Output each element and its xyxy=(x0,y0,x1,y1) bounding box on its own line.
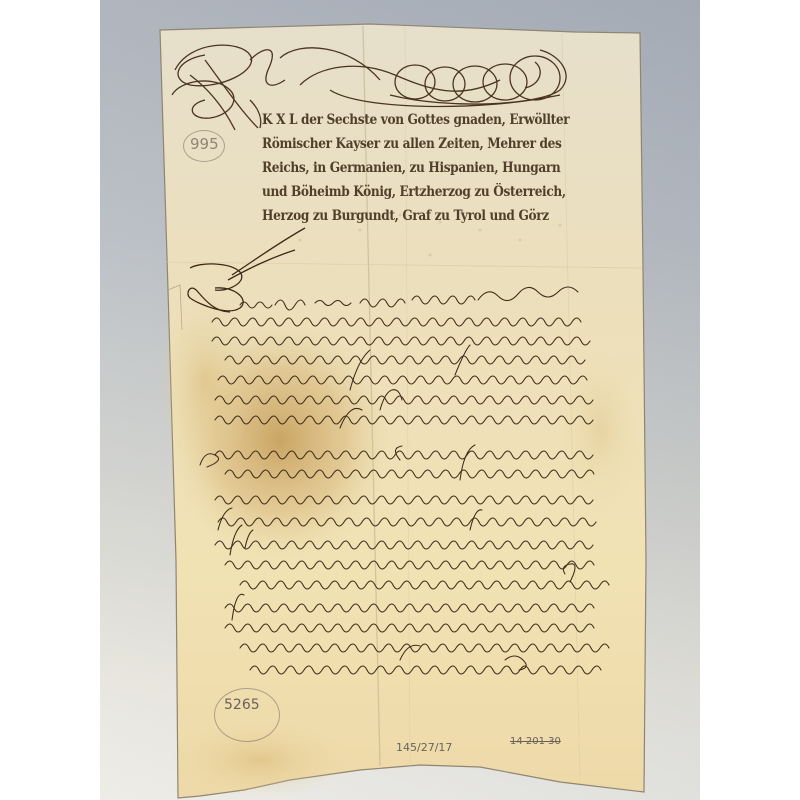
heading-line-3: Reichs, in Germanien, zu Hispanien, Hung… xyxy=(262,160,560,176)
heading-line-2: Römischer Kayser zu allen Zeiten, Mehrer… xyxy=(262,136,562,152)
heading-line-1: K X L der Sechste von Gottes gnaden, Erw… xyxy=(262,112,569,128)
shelfmark: 145/27/17 xyxy=(396,741,452,754)
heading-line-4: und Böheimb König, Ertzherzog zu Österre… xyxy=(262,184,566,200)
document-text: K X L der Sechste von Gottes gnaden, Erw… xyxy=(0,0,800,800)
circled-number-bottom: 5265 xyxy=(224,697,260,713)
circled-number-top: 995 xyxy=(190,135,219,153)
struck-shelfmark: 14 201 30 xyxy=(510,736,561,747)
heading-line-5: Herzog zu Burgundt, Graf zu Tyrol und Gö… xyxy=(262,208,549,224)
